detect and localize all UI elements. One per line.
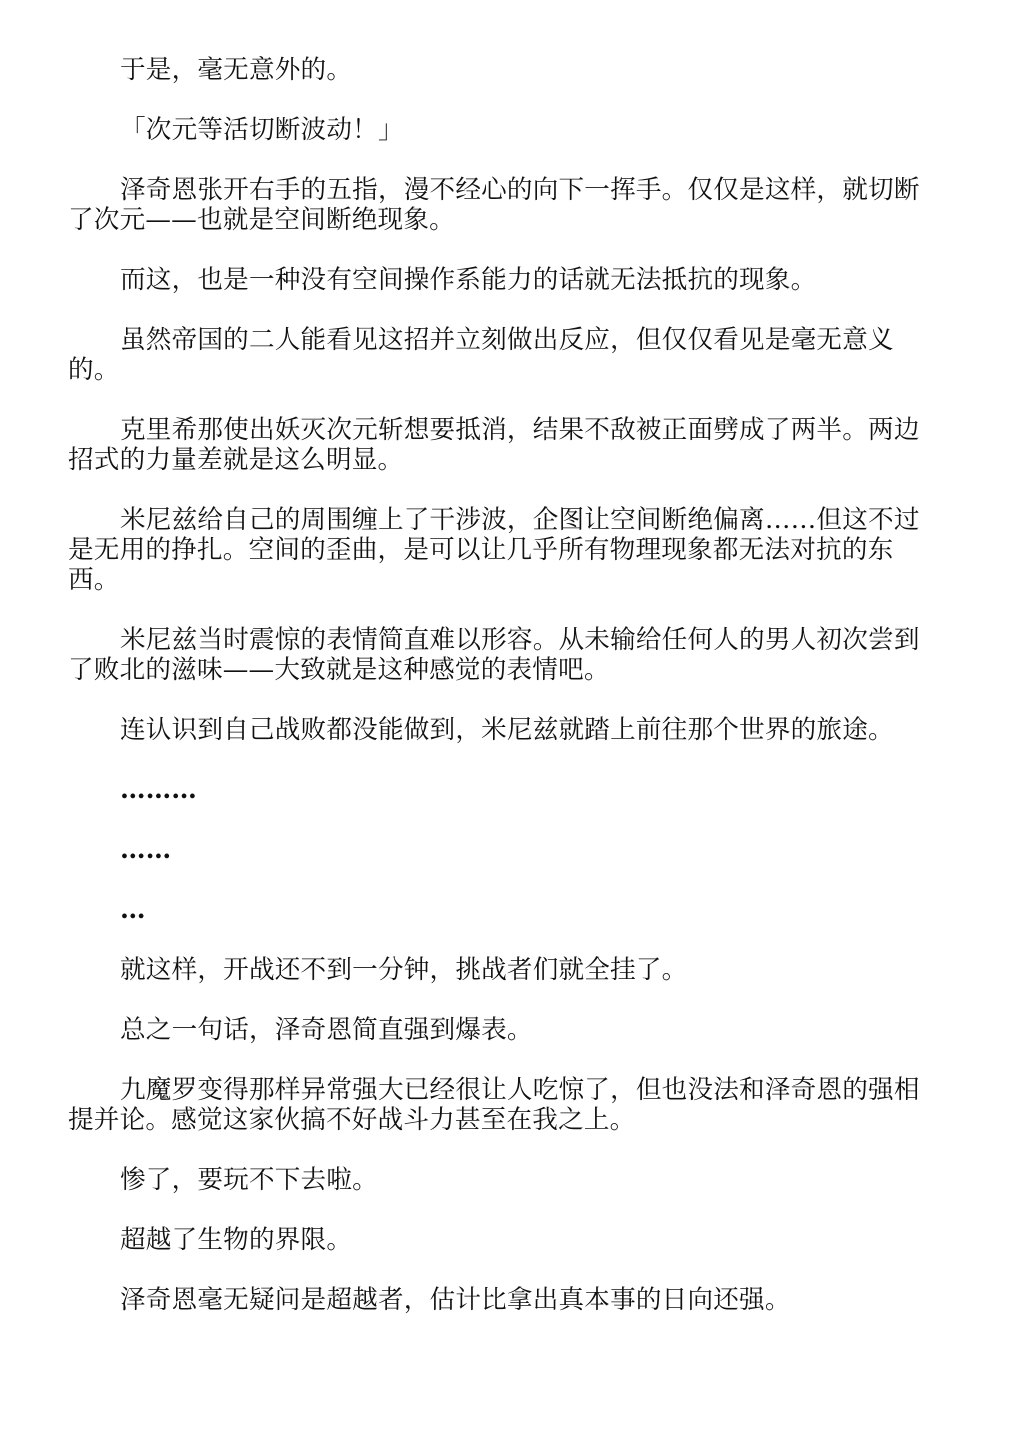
paragraph: 虽然帝国的二人能看见这招并立刻做出反应，但仅仅看见是毫无意义的。 bbox=[68, 325, 930, 385]
paragraph: 就这样，开战还不到一分钟，挑战者们就全挂了。 bbox=[68, 955, 930, 985]
paragraph: 泽奇恩毫无疑问是超越者，估计比拿出真本事的日向还强。 bbox=[68, 1285, 930, 1315]
paragraph: 泽奇恩张开右手的五指，漫不经心的向下一挥手。仅仅是这样，就切断了次元——也就是空… bbox=[68, 175, 930, 235]
paragraph: 米尼兹给自己的周围缠上了干涉波，企图让空间断绝偏离……但这不过是无用的挣扎。空间… bbox=[68, 505, 930, 595]
paragraph: 超越了生物的界限。 bbox=[68, 1225, 930, 1255]
ellipsis-separator: ……… bbox=[68, 775, 930, 805]
paragraph: 米尼兹当时震惊的表情简直难以形容。从未输给任何人的男人初次尝到了败北的滋味——大… bbox=[68, 625, 930, 685]
paragraph: 于是，毫无意外的。 bbox=[68, 55, 930, 85]
paragraph: 总之一句话，泽奇恩简直强到爆表。 bbox=[68, 1015, 930, 1045]
paragraph: 九魔罗变得那样异常强大已经很让人吃惊了，但也没法和泽奇恩的强相提并论。感觉这家伙… bbox=[68, 1075, 930, 1135]
paragraph: 克里希那使出妖灭次元斩想要抵消，结果不敌被正面劈成了两半。两边招式的力量差就是这… bbox=[68, 415, 930, 475]
document-page: 于是，毫无意外的。 「次元等活切断波动！」 泽奇恩张开右手的五指，漫不经心的向下… bbox=[68, 55, 930, 1345]
paragraph: 惨了，要玩不下去啦。 bbox=[68, 1165, 930, 1195]
paragraph: 连认识到自己战败都没能做到，米尼兹就踏上前往那个世界的旅途。 bbox=[68, 715, 930, 745]
ellipsis-separator: …… bbox=[68, 835, 930, 865]
paragraph: 而这，也是一种没有空间操作系能力的话就无法抵抗的现象。 bbox=[68, 265, 930, 295]
ellipsis-separator: … bbox=[68, 895, 930, 925]
paragraph-dialogue: 「次元等活切断波动！」 bbox=[68, 115, 930, 145]
